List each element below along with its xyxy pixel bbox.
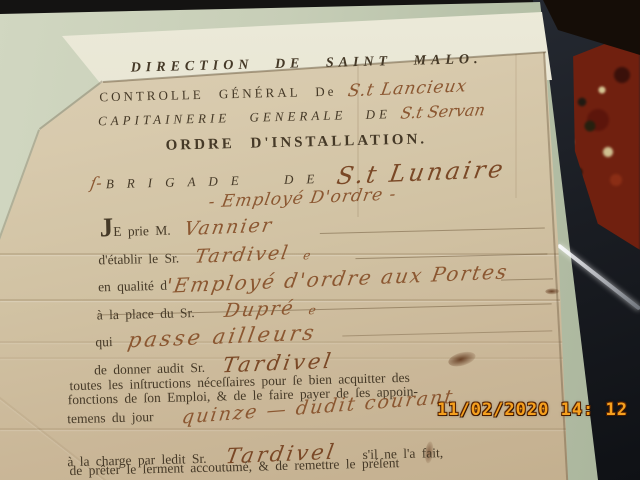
- qui-line: qui passe ailleurs: [95, 322, 317, 351]
- etablir-mark: e: [302, 248, 312, 262]
- place-printed: à la place du Sr.: [97, 305, 195, 323]
- drop-cap-J: J: [99, 217, 113, 239]
- ink-blot: [545, 288, 559, 294]
- photo-of-document: DIRECTION DE SAINT MALO. CONTROLLE GÉNÉR…: [0, 0, 640, 480]
- place-mark: e: [307, 303, 317, 317]
- ink-blot: [447, 349, 477, 369]
- je-prie-handwriting: Vannier: [183, 214, 275, 240]
- capitainerie-line: CAPITAINERIE GENERALE DE S.t Servan: [98, 101, 485, 129]
- ruled-line: [320, 228, 545, 234]
- place-handwriting: Dupré: [223, 297, 297, 322]
- ordre-title: ORDRE D'INSTALLATION.: [165, 131, 427, 154]
- etablir-printed: d'établir le Sr.: [98, 250, 179, 268]
- brigade-handwriting: S.t Lunaire: [335, 155, 508, 190]
- etablir-line: d'établir le Sr. Tardivel e: [98, 242, 310, 269]
- controle-handwriting: S.t Lancieux: [347, 76, 469, 101]
- qualite-printed: en qualité d: [98, 278, 167, 296]
- je-prie-printed: E prie M.: [113, 223, 171, 240]
- ruled-line: [355, 253, 547, 259]
- brigade-prefix-mark: ſ-: [89, 173, 104, 193]
- controle-label: CONTROLLE GÉNÉRAL De: [99, 84, 336, 106]
- je-prie-line: J E prie M. Vannier: [99, 213, 273, 241]
- qui-handwriting: passe ailleurs: [126, 320, 319, 352]
- capitainerie-handwriting: S.t Servan: [399, 100, 486, 123]
- ruled-line: [342, 330, 552, 336]
- document-title: DIRECTION DE SAINT MALO.: [131, 52, 483, 77]
- role-line: - Employé D'ordre -: [209, 186, 397, 211]
- place-line: à la place du Sr. Dupré e: [96, 297, 315, 324]
- etablir-handwriting: Tardivel: [193, 242, 291, 268]
- camera-timestamp: 11/02/2020 14: 12: [437, 400, 628, 420]
- ruled-line: [501, 278, 553, 280]
- capitainerie-label: CAPITAINERIE GENERALE DE: [98, 106, 391, 129]
- qui-printed: qui: [95, 334, 113, 350]
- temens-printed: temens du jour: [67, 409, 154, 427]
